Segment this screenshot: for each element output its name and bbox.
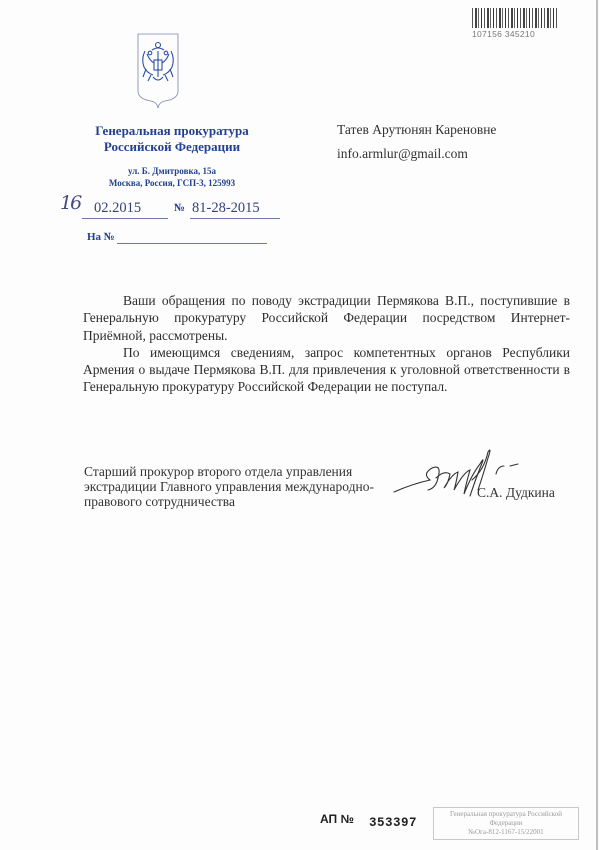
recipient-email: info.armlur@gmail.com bbox=[337, 142, 496, 166]
date-value: 02.2015 bbox=[94, 200, 141, 217]
reply-to-line: На № bbox=[87, 231, 272, 247]
reply-to-underline bbox=[117, 243, 267, 244]
coat-of-arms-icon bbox=[137, 33, 179, 109]
stamp-line2: Федерации bbox=[434, 819, 578, 828]
date-number-line: 16 02.2015 № 81-28-2015 bbox=[60, 198, 280, 222]
stamp-line1: Генеральная прокуратура Российской bbox=[434, 810, 578, 819]
ap-label: АП № bbox=[320, 812, 354, 826]
org-name-line1: Генеральная прокуратура bbox=[70, 123, 274, 139]
barcode-digits: 107156 345210 bbox=[472, 29, 557, 39]
reply-to-label: На № bbox=[87, 231, 115, 243]
address-line1: ул. Б. Дмитровка, 15а bbox=[70, 165, 274, 177]
letter-body: Ваши обращения по поводу экстрадиции Пер… bbox=[83, 292, 570, 396]
body-paragraph: Ваши обращения по поводу экстрадиции Пер… bbox=[83, 292, 570, 344]
handwritten-signature-icon bbox=[392, 444, 592, 514]
signatory-title: Старший прокурор второго отдела управлен… bbox=[84, 464, 404, 509]
signatory-title-line3: правового сотрудничества bbox=[84, 494, 404, 509]
signatory-title-line1: Старший прокурор второго отдела управлен… bbox=[84, 464, 404, 479]
stamp-line3: №Ога-812-1167-15/22001 bbox=[434, 828, 578, 837]
outgoing-number: 81-28-2015 bbox=[192, 200, 260, 217]
recipient-block: Татев Арутюнян Кареновне info.armlur@gma… bbox=[337, 118, 496, 166]
address-line2: Москва, Россия, ГСП-3, 125993 bbox=[70, 177, 274, 189]
barcode: 107156 345210 bbox=[472, 8, 557, 38]
number-underline bbox=[190, 218, 280, 219]
org-name-line2: Российской Федерации bbox=[70, 139, 274, 155]
handwritten-day: 16 bbox=[60, 192, 80, 214]
recipient-name: Татев Арутюнян Кареновне bbox=[337, 118, 496, 142]
registration-stamp: Генеральная прокуратура Российской Федер… bbox=[433, 807, 579, 840]
date-underline bbox=[82, 218, 168, 219]
page-edge-line bbox=[596, 0, 598, 850]
body-paragraph: По имеющимся сведениям, запрос компетент… bbox=[83, 344, 570, 396]
number-sign: № bbox=[174, 202, 185, 214]
barcode-bars bbox=[472, 8, 557, 28]
letterhead: Генеральная прокуратура Российской Федер… bbox=[70, 123, 274, 189]
signatory-title-line2: экстрадиции Главного управления междунар… bbox=[84, 479, 404, 494]
signatory-name: С.А. Дудкина bbox=[477, 485, 555, 501]
ap-number: 353397 bbox=[369, 816, 417, 830]
